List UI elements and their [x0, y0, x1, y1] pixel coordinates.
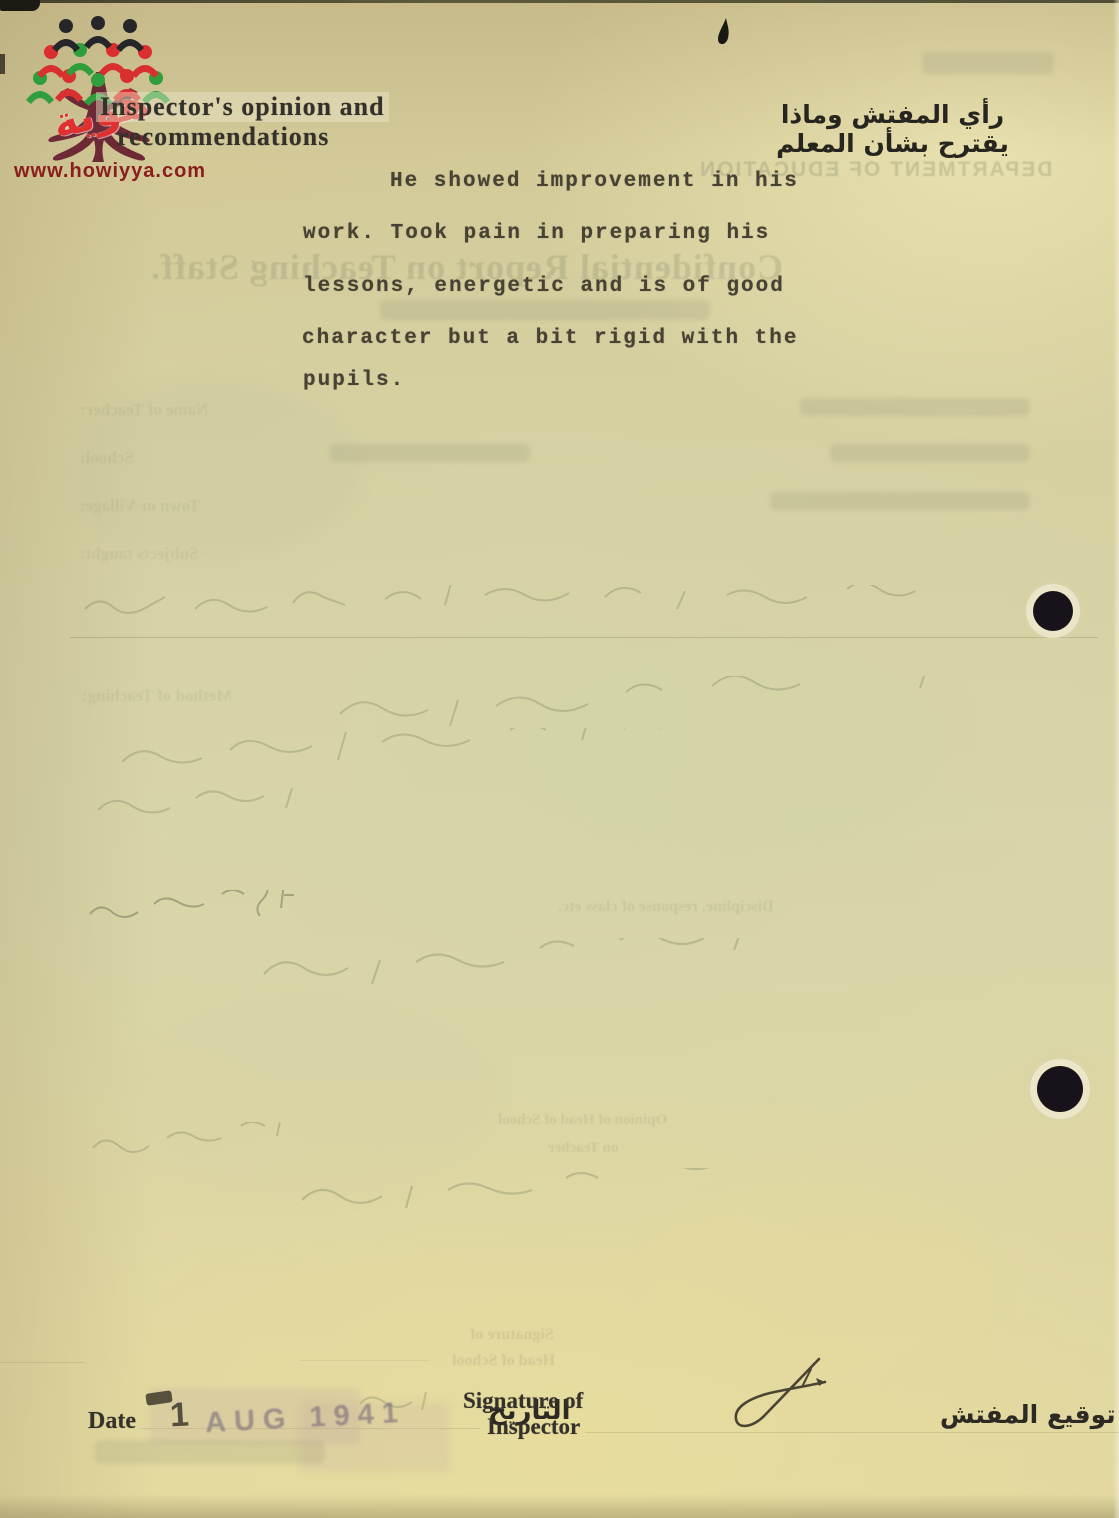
scan-corner-mark [0, 0, 40, 11]
bleed-handwriting-squiggle [88, 782, 338, 826]
bleed-form-number-smudge [922, 52, 1054, 74]
scan-top-edge [0, 0, 1119, 3]
form-rule [70, 637, 1098, 638]
signature-label-line1: Signature of [463, 1388, 583, 1414]
bleed-field-opinion-line2: on Teacher [548, 1140, 618, 1157]
bleed-handwriting-squiggle [320, 676, 1060, 736]
bleed-rule-fragment [0, 1362, 85, 1363]
bleed-handwriting-squiggle [110, 728, 770, 784]
bleed-handwriting-arabic-left [82, 890, 312, 936]
signature-label-line2: Inspector [487, 1414, 580, 1440]
bleed-handwriting-smudge [800, 398, 1030, 416]
scan-left-edge-mark [0, 54, 5, 74]
heading-en-line2: recommendations [117, 122, 329, 152]
bleed-arabic-title-smudge [380, 300, 710, 320]
heading-ar: رأي المفتش وماذا يقترح بشأن المعلم [745, 100, 1040, 158]
stamp-underline [140, 1428, 480, 1429]
bleed-field-signature-line1: Signature of [470, 1326, 554, 1344]
bleed-field-signature-line2: Head of School [452, 1352, 555, 1370]
remark-line: character but a bit rigid with the [302, 327, 798, 350]
bleed-handwriting-squiggle [250, 938, 830, 998]
bleed-rule-fragment [300, 1360, 430, 1361]
scan-right-edge [1113, 0, 1119, 1518]
bleed-handwriting-smudge [770, 492, 1030, 510]
bleed-handwriting-squiggle [75, 585, 1055, 625]
signature-label-ar: توقيع المفتش [940, 1400, 1116, 1429]
bleed-handwriting-smudge [830, 444, 1030, 462]
ink-blot [712, 16, 738, 52]
signature-line [585, 1432, 1119, 1433]
remark-line: lessons, energetic and is of good [303, 275, 785, 298]
bleed-field-name-of-teacher: Name of Teacher: [80, 400, 208, 420]
scan-bottom-edge [0, 1494, 1119, 1518]
bleed-field-discipline: Discipline, response of class etc. [558, 898, 774, 916]
punch-hole [1033, 591, 1073, 631]
watermark-url: www.howiyya.com [14, 160, 206, 183]
bleed-field-school: School: [80, 448, 134, 468]
bleed-field-subjects: Subjects taught: [80, 544, 199, 564]
bleed-field-method: Method of Teaching: [82, 686, 232, 706]
inspector-signature-mark [725, 1355, 840, 1440]
scanned-document-page: DEPARTMENT OF EDUCATION Confidential Rep… [0, 0, 1119, 1518]
bleed-handwriting-squiggle [290, 1168, 830, 1220]
bleed-field-opinion-line1: Opinion of Head of School [498, 1112, 667, 1129]
bleed-handwriting-squiggle [85, 1122, 305, 1166]
bleed-field-town: Town or Village: [80, 496, 200, 516]
bleed-handwriting-smudge [330, 444, 530, 462]
punch-hole [1037, 1066, 1083, 1112]
remark-line: pupils. [303, 369, 405, 392]
remark-line: work. Took pain in preparing his [303, 222, 770, 245]
remark-line: He showed improvement in his [390, 170, 799, 193]
date-label-en: Date [88, 1408, 136, 1435]
date-stamp-day: 1 [169, 1396, 190, 1436]
heading-en-line1: Inspector's opinion and [96, 92, 389, 122]
